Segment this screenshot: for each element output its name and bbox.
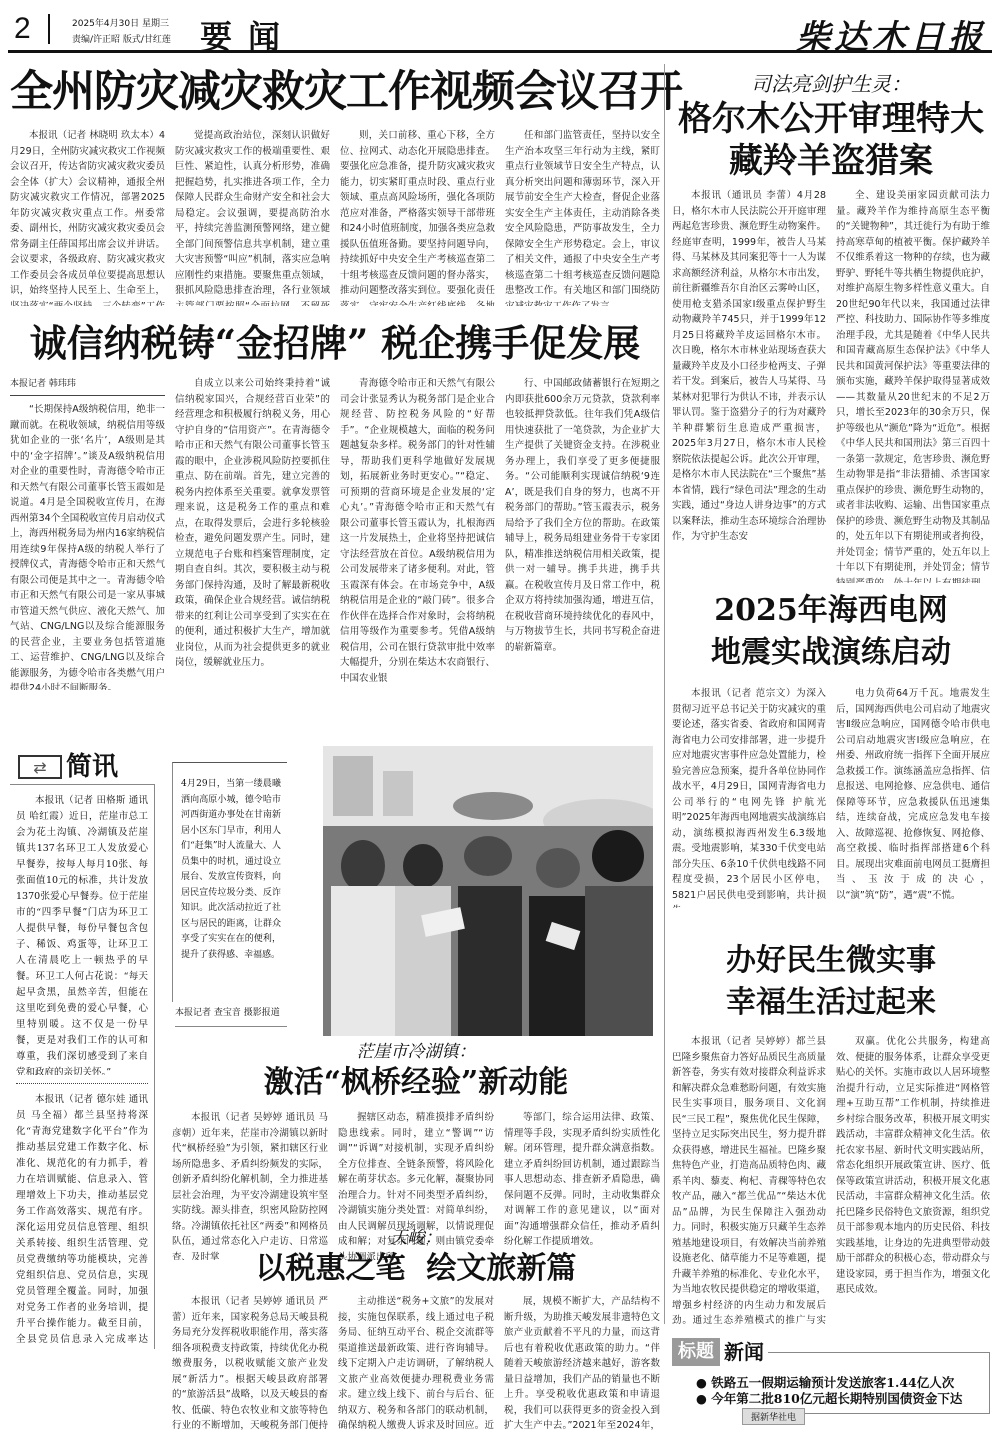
- article-column: 本报讯（记者 吴婷婷 通讯员 严蕾）近年来，国家税务总局天峻县税务局充分发挥税收…: [172, 1294, 328, 1433]
- article-power-grid-drill: 2025年海西电网 地震实战演练启动 本报讯（记者 范宗文）为深入贯彻习近平总书…: [672, 590, 990, 908]
- brief-divider: [16, 1083, 148, 1084]
- page-number: 2: [14, 12, 31, 46]
- article-kicker: 司法亮剑护生灵：: [672, 70, 990, 98]
- article-headline: 诚信纳税铸“金招牌” 税企携手促发展: [10, 318, 660, 368]
- masthead-rule: [8, 50, 992, 53]
- brief-title: 简讯: [66, 752, 118, 782]
- title-news-label-text: 新闻: [720, 1338, 768, 1366]
- page-meta: 2025年4月30日 星期三 责编/许正昭 版式/甘红莲: [72, 16, 171, 48]
- article-column: 电力负荷64万千瓦。地震发生后，国网海西供电公司启动了地震灾害Ⅱ级应急响应，国网…: [836, 686, 990, 908]
- bullet-icon: ●: [696, 1391, 711, 1406]
- article-column: 则，关口前移、重心下移，全方位、拉网式、动态化开展隐患排查。要强化应急准备，提升…: [340, 128, 495, 306]
- article-headline: 2025年海西电网: [672, 590, 990, 632]
- article-column: 本报讯（记者 林晓明 玖太本）4月29日，全州防灾减灾救灾工作视频会议召开，传达…: [10, 128, 165, 306]
- divider: [48, 14, 50, 44]
- article-column: 全、建设美丽家园贡献司法力量。藏羚羊作为维持高原生态平衡的“关键物种”，其迁徙行…: [836, 188, 990, 583]
- article-headline: 藏羚羊盗猎案: [672, 140, 990, 182]
- article-tianjun-tax: 天峻： 以税惠之笔 绘文旅新篇 本报讯（记者 吴婷婷 通讯员 严蕾）近年来，国家…: [172, 1226, 660, 1433]
- article-column: 青海德令哈市正和天然气有限公司会计张显秀认为税务部门是企业合规经营、防控税务风险…: [340, 376, 495, 690]
- title-news-item[interactable]: ● 今年第二批810亿元超长期特别国债资金下达: [696, 1388, 962, 1410]
- article-kicker: 茫崖市冷湖镇：: [172, 1040, 660, 1064]
- article-byline: 本报记者 韩玮玮: [10, 376, 165, 396]
- article-column: 任和部门监管责任，坚持以安全生产治本攻坚三年行动为主线，紧盯重点行业领域节日安全…: [505, 128, 660, 306]
- article-headline: 以税惠之笔 绘文旅新篇: [172, 1250, 660, 1288]
- article-body: 本报讯（记者 吴婷婷）都兰县巴隆乡聚焦奋力答好品质民生高质量新答卷，务实有效对接…: [672, 1034, 990, 1324]
- article-column: 展，规模不断扩大，产品结构不断升级，为助推天峻发展非遗特色文旅产业贡献着不平凡的…: [504, 1294, 660, 1433]
- column-divider: [664, 64, 665, 1324]
- editors: 责编/许正昭 版式/甘红莲: [72, 32, 171, 48]
- article-column: 行、中国邮政储蓄银行在短期之内即获批600余万元贷款，贷款利率也较抵押贷款低。往…: [505, 376, 660, 690]
- article-body: 本报讯（记者 吴婷婷 通讯员 严蕾）近年来，国家税务总局天峻县税务局充分发挥税收…: [172, 1294, 660, 1433]
- article-column: 自成立以来公司始终秉持着“诚信纳税家国兴，合规经营百业荣”的经营理念和积极履行纳…: [175, 376, 330, 690]
- article-column: 双赢。优化公共服务，构建高效、便捷的服务体系，让群众享受更贴心的关怀。实施市政以…: [836, 1034, 990, 1324]
- issue-date: 2025年4月30日 星期三: [72, 16, 171, 32]
- article-headline: 地震实战演练启动: [672, 632, 990, 674]
- news-photo: [323, 746, 653, 1036]
- brief-news: ⇄ 简讯 本报讯（记者 田格斯 通讯员 哈红霞）近日，茫崖市总工会为花土沟镇、冷…: [10, 752, 155, 1349]
- photo-caption-box: 4月29日，当第一缕晨曦洒向高原小城，德令哈市河西街道办事处在甘南新居小区东门早…: [172, 762, 287, 1002]
- photo-caption: 4月29日，当第一缕晨曦洒向高原小城，德令哈市河西街道办事处在甘南新居小区东门早…: [181, 777, 281, 963]
- article-tibetan-antelope: 司法亮剑护生灵： 格尔木公开审理特大 藏羚羊盗猎案 本报讯（通讯员 李蕾）4月2…: [672, 70, 990, 583]
- brief-body: 本报讯（记者 田格斯 通讯员 哈红霞）近日，茫崖市总工会为花土沟镇、冷湖镇及茫崖…: [10, 784, 155, 1349]
- title-news-list: ● 铁路五一假期运输预计发送旅客1.44亿人次 ● 今年第二批810亿元超长期特…: [696, 1372, 962, 1410]
- news-source: 据新华社电: [742, 1408, 805, 1425]
- title-news-label: 标题 新闻: [672, 1338, 768, 1366]
- article-tax-credit: 诚信纳税铸“金招牌” 税企携手促发展 本报记者 韩玮玮 “长期保持A级纳税信用，…: [10, 318, 660, 690]
- article-body: 本报讯（通讯员 李蕾）4月28日，格尔木市人民法院公开开庭审理两起危害珍贵、濒危…: [672, 188, 990, 583]
- brief-item: 本报讯（记者 德尔娃 通讯员 马全福）都兰县坚持将深化“青海党建数字化平台”作为…: [16, 1092, 148, 1349]
- article-column: 本报讯（记者 范宗文）为深入贯彻习近平总书记关于防灾减灾的重要论述，落实省委、省…: [672, 686, 826, 908]
- article-headline: 全州防灾减灾救灾工作视频会议召开: [10, 64, 660, 120]
- article-kicker: 天峻：: [172, 1226, 660, 1250]
- article-livelihood: 办好民生微实事 幸福生活过起来 本报讯（记者 吴婷婷）都兰县巴隆乡聚焦奋力答好品…: [672, 940, 990, 1324]
- title-news-label-box: 标题: [672, 1338, 720, 1366]
- article-body: “长期保持A级纳税信用，绝非一蹴而就。在税收领域，纳税信用等级犹如企业的一张‘名…: [10, 368, 660, 690]
- article-headline: 办好民生微实事: [672, 940, 990, 982]
- article-headline: 幸福生活过起来: [672, 982, 990, 1024]
- article-body: 本报讯（记者 林晓明 玖太本）4月29日，全州防灾减灾救灾工作视频会议召开，传达…: [10, 128, 660, 306]
- article-column: 觉提高政治站位，深刻认识做好防灾减灾救灾工作的极端重要性、艰巨性、紧迫性，认真分…: [175, 128, 330, 306]
- people-at-market-image: [323, 746, 653, 1036]
- article-column: 本报讯（记者 吴婷婷）都兰县巴隆乡聚焦奋力答好品质民生高质量新答卷，务实有效对接…: [672, 1034, 826, 1324]
- refresh-arrows-icon: ⇄: [18, 755, 62, 779]
- title-news: 标题 新闻 ● 铁路五一假期运输预计发送旅客1.44亿人次 ● 今年第二批810…: [672, 1338, 990, 1428]
- article-body: 本报讯（记者 范宗文）为深入贯彻习近平总书记关于防灾减灾的重要论述，落实省委、省…: [672, 686, 990, 908]
- article-disaster-meeting: 全州防灾减灾救灾工作视频会议召开 本报讯（记者 林晓明 玖太本）4月29日，全州…: [10, 64, 660, 306]
- masthead: 2 2025年4月30日 星期三 责编/许正昭 版式/甘红莲 要闻 柴达木日报: [0, 0, 1000, 52]
- article-headline: 激活“枫桥经验”新动能: [172, 1064, 660, 1102]
- article-column: 主动推送“税务+文旅”的发展对接，实施包保联系，线上通过电子税务局、征纳互动平台…: [338, 1294, 494, 1433]
- article-column: 本报讯（通讯员 李蕾）4月28日，格尔木市人民法院公开开庭审理两起危害珍贵、濒危…: [672, 188, 826, 583]
- photo-credit: 本报记者 查宝音 摄影报道: [175, 1005, 287, 1027]
- brief-item: 本报讯（记者 田格斯 通讯员 哈红霞）近日，茫崖市总工会为花土沟镇、冷湖镇及茫崖…: [16, 793, 148, 1075]
- article-headline: 格尔木公开审理特大: [672, 98, 990, 140]
- brief-header: ⇄ 简讯: [18, 752, 155, 782]
- article-column: “长期保持A级纳税信用，绝非一蹴而就。在税收领域，纳税信用等级犹如企业的一张‘名…: [10, 376, 165, 690]
